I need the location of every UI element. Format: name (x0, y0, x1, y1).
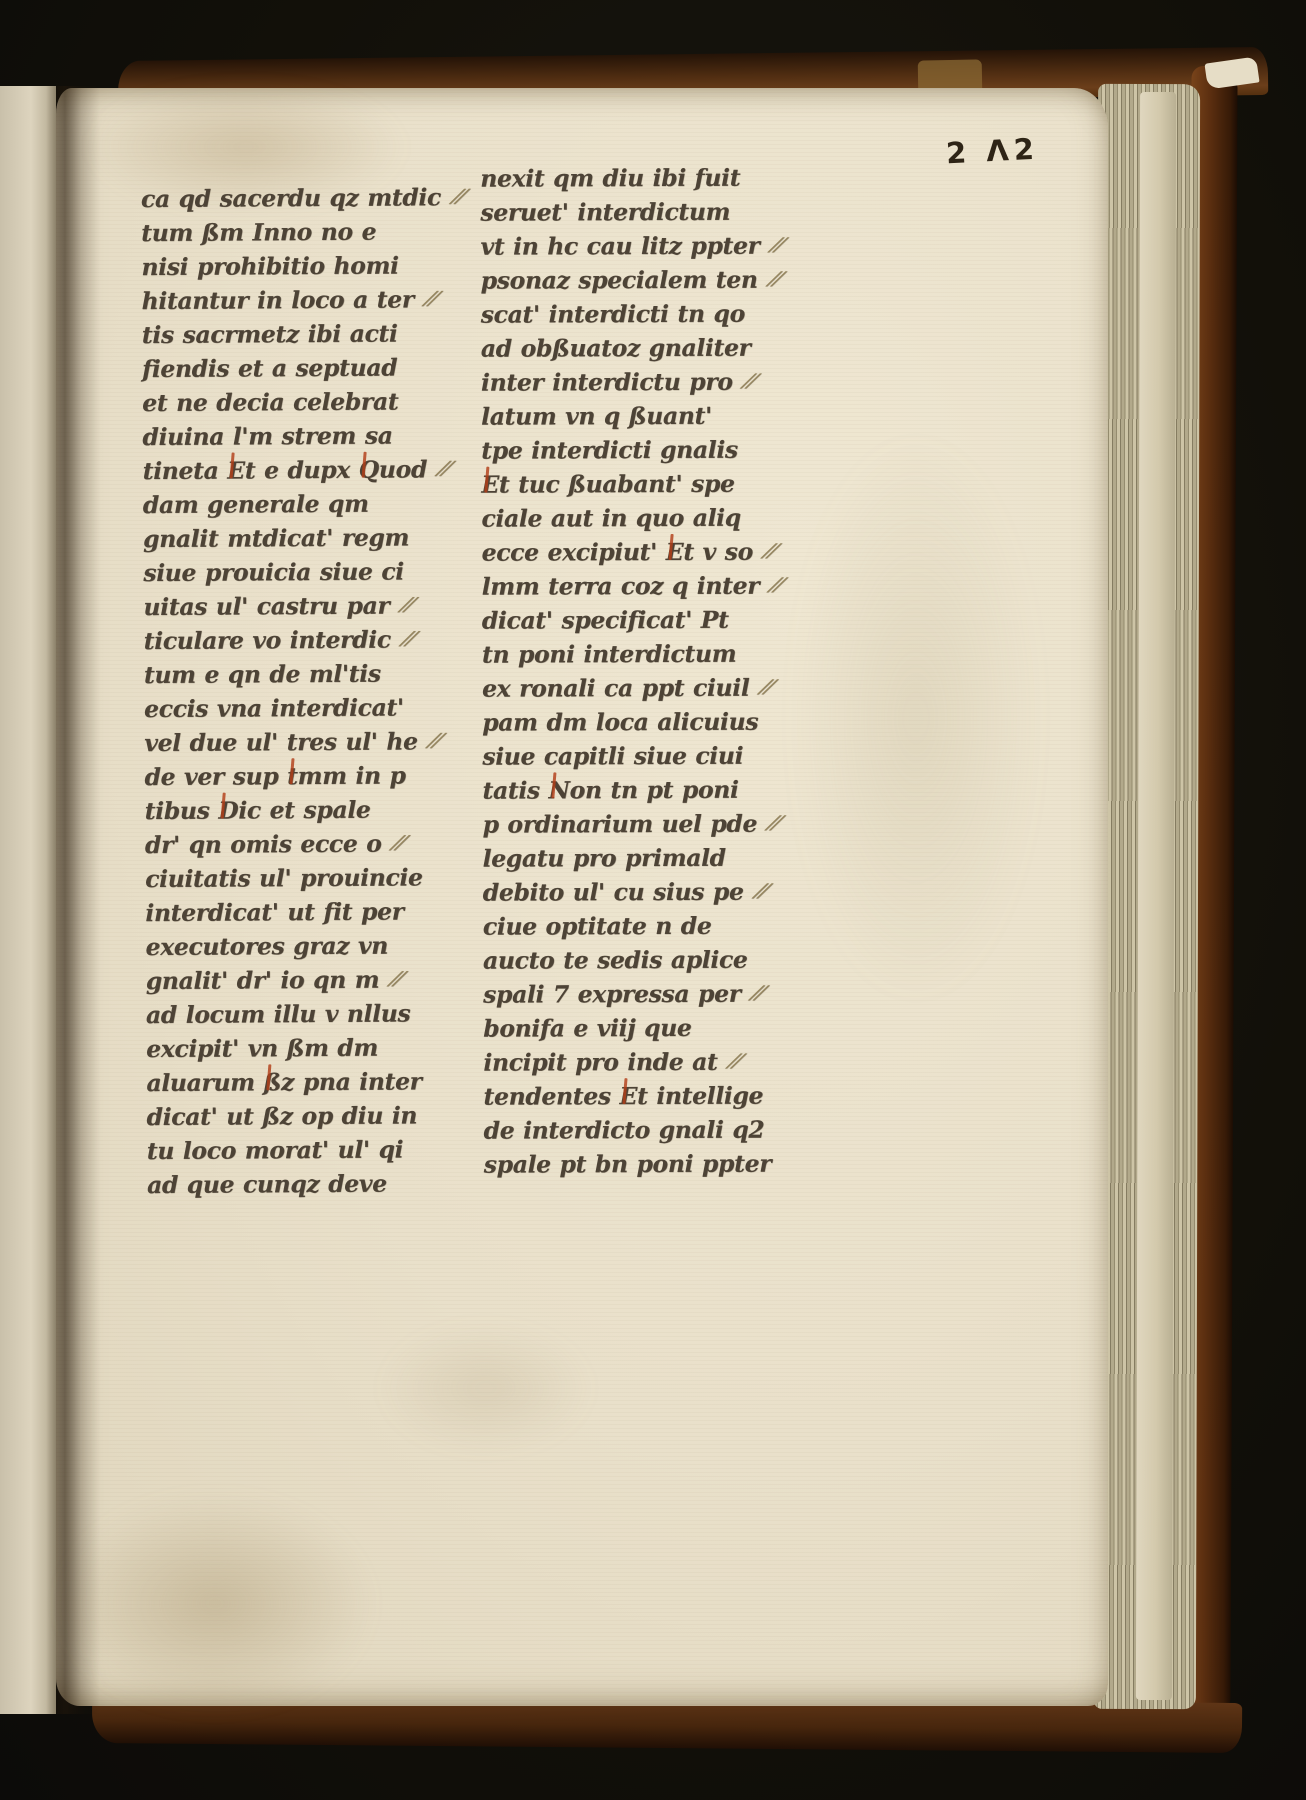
manuscript-line: tpe interdicti gnalis (481, 432, 833, 467)
rubric-touched-word: Non (548, 773, 601, 807)
manuscript-line: ciale aut in quo aliq (481, 500, 833, 535)
manuscript-line: tum ßm Inno no e (141, 214, 493, 250)
rubric-touched-word: Et (227, 453, 255, 487)
manuscript-line: tibus Dic et spale (145, 792, 497, 828)
manuscript-line: tis sacrmetz ibi acti (142, 316, 494, 352)
manuscript-line: nisi prohibitio homi (141, 248, 493, 284)
manuscript-line: executores graz vn (145, 928, 497, 964)
line-filler-mark: // (444, 180, 471, 214)
manuscript-line: excipit' vn ßm dm (146, 1030, 498, 1066)
manuscript-page: 2 Λ2 ca qd sacerdu qz mtdic //tum ßm Inn… (56, 88, 1108, 1706)
line-filler-mark: // (763, 229, 790, 263)
manuscript-line: et ne decia celebrat (142, 384, 494, 420)
manuscript-line: bonifa e viij que (483, 1010, 835, 1045)
page-fore-edge-light-band (1136, 92, 1176, 1700)
line-filler-mark: // (394, 622, 421, 656)
line-filler-mark: // (393, 588, 420, 622)
line-filler-mark: // (721, 1045, 748, 1079)
manuscript-line: uitas ul' castru par // (143, 588, 495, 624)
manuscript-line: dr' qn omis ecce o // (145, 826, 497, 862)
manuscript-line: scat' interdicti tn qo (481, 296, 833, 331)
manuscript-line: aluarum ßz pna inter (146, 1064, 498, 1100)
manuscript-line: seruet' interdictum (480, 194, 832, 229)
manuscript-line: nexit qm diu ibi fuit (480, 160, 832, 195)
rubric-touched-word: Quod (359, 452, 427, 486)
stain (801, 448, 1031, 988)
line-filler-mark: // (760, 807, 787, 841)
manuscript-line: tatis Non tn pt poni (482, 772, 834, 807)
rubric-touched-word: Dic (218, 793, 261, 827)
text-column-right: nexit qm diu ibi fuitseruet' interdictum… (480, 160, 836, 1181)
manuscript-line: hitantur in loco a ter // (142, 282, 494, 318)
line-filler-mark: // (761, 263, 788, 297)
manuscript-line: gnalit mtdicat' regm (143, 520, 495, 556)
manuscript-line: incipit pro inde at // (483, 1044, 835, 1079)
line-filler-mark: // (744, 977, 771, 1011)
rubric-touched-word: Et (666, 535, 694, 569)
manuscript-line: ad locum illu v nllus (146, 996, 498, 1032)
line-filler-mark: // (417, 282, 444, 316)
manuscript-line: dam generale qm (143, 486, 495, 522)
manuscript-line: ecce excipiut' Et v so // (482, 534, 834, 569)
manuscript-line: eccis vna interdicat' (144, 690, 496, 726)
manuscript-line: ciue optitate n de (483, 908, 835, 943)
manuscript-line: ad que cunqz deve (147, 1166, 499, 1202)
manuscript-line: de interdicto gnali q2 (484, 1112, 836, 1147)
manuscript-line: siue prouicia siue ci (143, 554, 495, 590)
manuscript-line: fiendis et a septuad (142, 350, 494, 386)
water-stain (60, 1496, 370, 1711)
line-filler-mark: // (383, 962, 410, 996)
manuscript-line: tendentes Et intellige (483, 1078, 835, 1113)
manuscript-line: aucto te sedis aplice (483, 942, 835, 977)
rubric-touched-word: tmm (287, 759, 347, 793)
line-filler-mark: // (430, 452, 457, 486)
line-filler-mark: // (385, 826, 412, 860)
rubric-touched-word: ßz (263, 1065, 294, 1099)
manuscript-line: psonaz specialem ten // (481, 262, 833, 297)
manuscript-line: de ver sup tmm in p (144, 758, 496, 794)
manuscript-line: spale pt bn poni ppter (484, 1146, 836, 1181)
manuscript-line: dicat' ut ßz op diu in (146, 1098, 498, 1134)
line-filler-mark: // (747, 875, 774, 909)
line-filler-mark: // (736, 365, 763, 399)
manuscript-line: ciuitatis ul' prouincie (145, 860, 497, 896)
gutter-shadow (46, 86, 100, 1714)
manuscript-line: gnalit' dr' io qn m // (146, 962, 498, 998)
rubric-touched-word: Et (619, 1079, 647, 1113)
text-column-left: ca qd sacerdu qz mtdic //tum ßm Inno no … (141, 180, 499, 1202)
line-filler-mark: // (756, 535, 783, 569)
manuscript-line: latum vn q ßuant' (481, 398, 833, 433)
manuscript-line: tum e qn de ml'tis (144, 656, 496, 692)
line-filler-mark: // (763, 569, 790, 603)
manuscript-line: siue capitli siue ciui (482, 738, 834, 773)
line-filler-mark: // (753, 671, 780, 705)
manuscript-line: ex ronali ca ppt ciuil // (482, 670, 834, 705)
manuscript-line: vt in hc cau litz ppter // (480, 228, 832, 263)
line-filler-mark: // (421, 724, 448, 758)
rubric-touched-word: Et (481, 468, 509, 502)
manuscript-line: tineta Et e dupx Quod // (143, 452, 495, 488)
folio-number: 2 Λ2 (945, 132, 1040, 171)
manuscript-line: Et tuc ßuabant' spe (481, 466, 833, 501)
manuscript-line: tn poni interdictum (482, 636, 834, 671)
manuscript-line: spali 7 expressa per // (483, 976, 835, 1011)
manuscript-line: pam dm loca alicuius (482, 704, 834, 739)
manuscript-line: diuina l'm strem sa (142, 418, 494, 454)
manuscript-line: ticulare vo interdic // (144, 622, 496, 658)
manuscript-line: interdicat' ut fit per (145, 894, 497, 930)
manuscript-line: inter interdictu pro // (481, 364, 833, 399)
manuscript-line: tu loco morat' ul' qi (147, 1132, 499, 1168)
manuscript-line: dicat' specificat' Pt (482, 602, 834, 637)
manuscript-line: p ordinarium uel pde // (482, 806, 834, 841)
manuscript-line: vel due ul' tres ul' he // (144, 724, 496, 760)
stain (386, 1328, 586, 1448)
manuscript-line: ad obßuatoz gnaliter (481, 330, 833, 365)
manuscript-line: ca qd sacerdu qz mtdic // (141, 180, 493, 216)
manuscript-line: debito ul' cu sius pe // (483, 874, 835, 909)
photograph-background: 2 Λ2 ca qd sacerdu qz mtdic //tum ßm Inn… (0, 0, 1306, 1800)
manuscript-line: lmm terra coz q inter // (482, 568, 834, 603)
manuscript-line: legatu pro primald (483, 840, 835, 875)
